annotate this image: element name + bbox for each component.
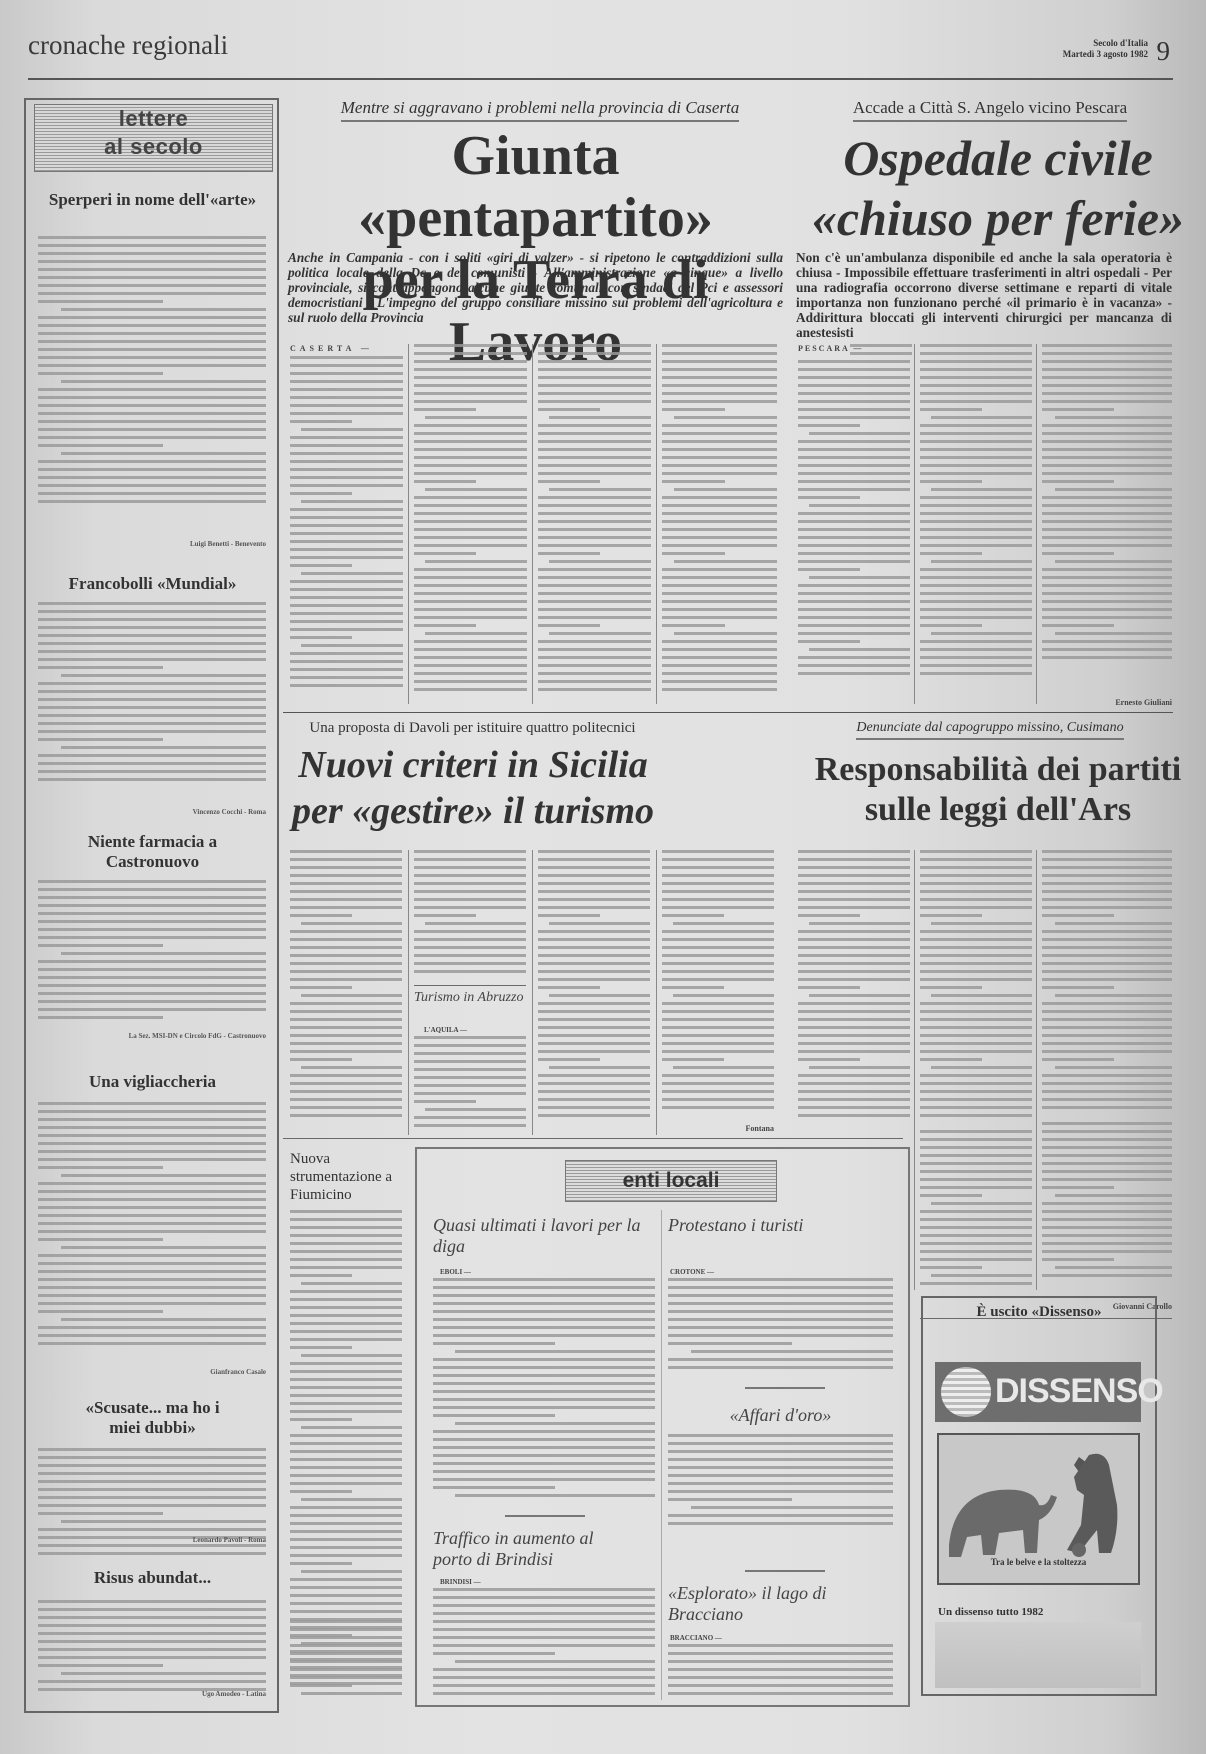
text-line [809, 504, 910, 507]
text-line [662, 858, 774, 861]
text-line [290, 1530, 402, 1533]
text-line [668, 1366, 893, 1369]
text-line [1042, 954, 1172, 957]
text-line [38, 476, 266, 479]
text-line [673, 922, 774, 925]
text-line [538, 640, 651, 643]
text-line [290, 1306, 402, 1309]
text-line [674, 488, 778, 491]
text-line [920, 352, 1032, 355]
text-line [290, 588, 403, 591]
text-line [38, 244, 266, 247]
text-line [414, 512, 527, 515]
letter-signature: Ugo Amodeo - Latina [38, 1690, 266, 1698]
text-line [920, 504, 1032, 507]
enti-item-dateline: CROTONE — [670, 1268, 714, 1276]
text-line [290, 1636, 402, 1639]
text-line [1042, 1106, 1172, 1109]
column-divider [1036, 344, 1037, 704]
text-line [1042, 1162, 1172, 1165]
text-line [662, 1034, 774, 1037]
text-line [809, 994, 910, 997]
text-line [920, 432, 1032, 435]
text-line [798, 376, 910, 379]
text-line [798, 664, 910, 667]
text-line [38, 460, 266, 463]
text-line [290, 1370, 402, 1373]
text-line [662, 360, 777, 363]
sicilia-col-1 [290, 850, 402, 1122]
text-line [538, 1034, 650, 1037]
text-line [414, 608, 527, 611]
text-line [290, 652, 403, 655]
text-line [425, 416, 527, 419]
column-divider [1036, 850, 1037, 1290]
text-line [433, 1342, 555, 1345]
text-line [301, 1354, 402, 1357]
text-line [668, 1482, 893, 1485]
text-line [290, 668, 403, 671]
enti-item-title: «Esplorato» il lago di Bracciano [668, 1583, 868, 1625]
text-line [38, 618, 266, 621]
text-line [920, 1226, 1032, 1229]
text-line [433, 1278, 655, 1281]
text-line [920, 408, 982, 411]
text-line [38, 1102, 266, 1105]
ars-col-3 [1042, 850, 1172, 1114]
text-line [538, 890, 650, 893]
text-line [1042, 504, 1172, 507]
text-line [38, 1456, 266, 1459]
text-line [414, 504, 527, 507]
text-line [538, 1074, 650, 1077]
text-line [662, 962, 774, 965]
text-line [662, 978, 774, 981]
text-line [38, 626, 266, 629]
text-line [290, 1522, 402, 1525]
text-line [290, 364, 403, 367]
text-line [920, 970, 1032, 973]
text-line [920, 882, 1032, 885]
text-line [414, 664, 527, 667]
text-line [433, 1486, 555, 1489]
text-line [38, 468, 266, 471]
text-line [798, 970, 910, 973]
text-line [290, 604, 403, 607]
text-line [1042, 360, 1172, 363]
text-line [920, 392, 1032, 395]
text-line [798, 1082, 910, 1085]
text-line [414, 384, 527, 387]
text-line [1042, 536, 1172, 539]
text-line [414, 616, 527, 619]
text-line [1055, 1194, 1172, 1197]
text-line [414, 874, 526, 877]
text-line [662, 440, 777, 443]
text-line [38, 412, 266, 415]
text-line [668, 1514, 893, 1517]
text-line [1042, 1210, 1172, 1213]
text-line [920, 1130, 1032, 1133]
text-line [662, 906, 774, 909]
text-line [798, 962, 910, 965]
text-line [414, 392, 527, 395]
text-line [920, 1034, 1032, 1037]
text-line [38, 1464, 266, 1467]
text-line [1042, 384, 1172, 387]
text-line [538, 512, 651, 515]
text-line [1042, 1130, 1172, 1133]
section-rule [283, 712, 1173, 713]
text-line [290, 1026, 402, 1029]
text-line [290, 1378, 402, 1381]
text-line [290, 684, 403, 687]
text-line [290, 412, 403, 415]
text-line [433, 1478, 655, 1481]
text-line [290, 1450, 402, 1453]
text-line [38, 252, 266, 255]
text-line [1042, 376, 1172, 379]
text-line [798, 1090, 910, 1093]
text-line [414, 648, 527, 651]
text-line [290, 1226, 402, 1229]
sicilia-headline: Nuovi criteri in Sicilia per «gestire» i… [283, 742, 663, 834]
text-line [920, 866, 1032, 869]
text-line [549, 994, 650, 997]
text-line [662, 368, 777, 371]
text-line [662, 472, 777, 475]
text-line [798, 1050, 910, 1053]
text-line [538, 946, 650, 949]
text-line [414, 464, 527, 467]
text-line [798, 568, 860, 571]
text-line [920, 1234, 1032, 1237]
text-line [38, 1334, 266, 1337]
text-line [809, 922, 910, 925]
text-line [920, 1114, 1032, 1117]
text-line [1042, 906, 1172, 909]
text-line [414, 624, 476, 627]
text-line [662, 512, 777, 515]
text-line [1042, 552, 1114, 555]
text-line [538, 954, 650, 957]
text-line [538, 592, 651, 595]
text-line [662, 600, 777, 603]
text-line [931, 560, 1032, 563]
sicilia-col-4 [662, 850, 774, 1114]
text-line [549, 1066, 650, 1069]
text-line [674, 416, 778, 419]
enti-item-dateline: EBOLI — [440, 1268, 471, 1276]
text-line [662, 1018, 774, 1021]
text-line [38, 1656, 266, 1659]
text-line [538, 1026, 650, 1029]
sicilia-headline-line2: per «gestire» il turismo [283, 788, 663, 834]
caserta-col-4 [662, 344, 777, 696]
text-line [668, 1434, 893, 1437]
text-line [931, 632, 1032, 635]
text-line [290, 1338, 402, 1341]
text-line [1042, 464, 1172, 467]
letters-banner-line1: lettere [35, 105, 272, 133]
text-line [538, 464, 651, 467]
text-line [414, 440, 527, 443]
text-line [538, 584, 651, 587]
text-line [798, 866, 910, 869]
text-line [662, 392, 777, 395]
text-line [290, 874, 402, 877]
text-line [38, 778, 266, 781]
section-name: cronache regionali [28, 30, 228, 61]
text-line [920, 858, 1032, 861]
text-line [290, 612, 403, 615]
text-line [38, 260, 266, 263]
text-line [290, 1098, 402, 1101]
text-line [538, 1114, 650, 1117]
text-line [662, 520, 777, 523]
text-line [1042, 970, 1172, 973]
text-line [301, 428, 403, 431]
text-line [290, 954, 402, 957]
text-line [798, 456, 910, 459]
text-line [433, 1326, 655, 1329]
text-line [290, 1474, 402, 1477]
text-line [798, 544, 910, 547]
text-line [668, 1326, 893, 1329]
text-line [38, 436, 266, 439]
text-line [290, 1034, 402, 1037]
text-line [38, 268, 266, 271]
text-line [290, 1090, 402, 1093]
text-line [809, 1066, 910, 1069]
pescara-headline-line2: «chiuso per ferie» [790, 188, 1206, 248]
text-line [433, 1652, 555, 1655]
text-line [920, 874, 1032, 877]
text-line [798, 560, 910, 563]
text-line [662, 496, 777, 499]
text-line [290, 1058, 352, 1061]
caserta-col-3 [538, 344, 651, 696]
text-line [38, 1214, 266, 1217]
text-line [425, 632, 527, 635]
text-line [920, 938, 1032, 941]
text-line [798, 480, 910, 483]
text-line [1042, 624, 1114, 627]
text-line [920, 480, 982, 483]
caserta-headline-line1: Giunta «pentapartito» [283, 125, 788, 249]
pescara-col-1a [850, 344, 912, 360]
text-line [38, 1118, 266, 1121]
text-line [920, 640, 1032, 643]
text-line [662, 624, 725, 627]
text-line [290, 476, 403, 479]
text-line [538, 866, 650, 869]
text-line [455, 1350, 655, 1353]
text-line [798, 874, 910, 877]
text-line [290, 596, 403, 599]
text-line [414, 584, 527, 587]
text-line [38, 738, 163, 741]
text-line [798, 1010, 910, 1013]
text-line [414, 400, 527, 403]
text-line [662, 424, 777, 427]
text-line [1042, 1138, 1172, 1141]
text-line [414, 1068, 526, 1071]
text-line [668, 1490, 893, 1493]
text-line [290, 420, 352, 423]
enti-item-title: Quasi ultimati i lavori per la diga [433, 1215, 663, 1257]
text-line [38, 1342, 266, 1345]
text-line [61, 1672, 266, 1675]
text-line [668, 1450, 893, 1453]
text-line [433, 1310, 655, 1313]
text-line [38, 1616, 266, 1619]
text-line [920, 424, 1032, 427]
text-line [538, 480, 600, 483]
text-line [549, 560, 651, 563]
text-line [662, 640, 777, 643]
text-line [920, 1210, 1032, 1213]
text-line [38, 610, 266, 613]
text-line [920, 608, 1032, 611]
text-line [38, 316, 266, 319]
enti-item-title: «Affari d'oro» [668, 1405, 893, 1426]
text-line [290, 404, 403, 407]
text-line [290, 396, 403, 399]
text-line [1042, 1146, 1172, 1149]
text-line [433, 1438, 655, 1441]
text-line [538, 938, 650, 941]
sicilia-kicker: Una proposta di Davoli per istituire qua… [285, 720, 660, 737]
text-line [38, 690, 266, 693]
text-line [920, 978, 1032, 981]
text-line [290, 372, 403, 375]
text-line [662, 616, 777, 619]
text-line [920, 672, 1032, 675]
enti-locali-banner: enti locali [565, 1160, 777, 1202]
text-line [414, 528, 527, 531]
text-line [290, 1018, 402, 1021]
text-line [1042, 946, 1172, 949]
text-line [433, 1628, 655, 1631]
text-line [662, 584, 777, 587]
text-line [538, 648, 651, 651]
text-line [414, 432, 527, 435]
text-line [662, 480, 725, 483]
text-line [668, 1652, 893, 1655]
text-line [798, 850, 910, 853]
text-line [798, 584, 910, 587]
text-line [662, 930, 774, 933]
text-line [538, 520, 651, 523]
text-line [290, 1410, 402, 1413]
text-line [549, 488, 651, 491]
text-line [798, 1098, 910, 1101]
text-line [1042, 392, 1172, 395]
text-line [38, 388, 266, 391]
text-line [1042, 1274, 1172, 1277]
text-line [290, 516, 403, 519]
text-line [1042, 1010, 1172, 1013]
text-line [538, 552, 600, 555]
text-line [290, 1644, 402, 1647]
text-line [668, 1660, 893, 1663]
text-line [301, 922, 402, 925]
caserta-kicker: Mentre si aggravano i problemi nella pro… [300, 98, 780, 118]
section-rule [283, 1138, 903, 1139]
text-line [1042, 858, 1172, 861]
text-line [38, 1552, 266, 1555]
text-line [414, 656, 527, 659]
letter-signature: Gianfranco Casale [38, 1368, 266, 1376]
text-line [798, 600, 910, 603]
text-line [38, 1166, 163, 1169]
text-line [1042, 592, 1172, 595]
text-line [61, 308, 266, 311]
text-line [414, 496, 527, 499]
text-line [290, 452, 403, 455]
text-line [798, 448, 910, 451]
text-line [433, 1398, 655, 1401]
text-line [668, 1458, 893, 1461]
issue-date: Martedì 3 agosto 1982 [1063, 49, 1148, 60]
text-line [538, 962, 650, 965]
text-line [538, 568, 651, 571]
letter-title: Francobolli «Mundial» [34, 574, 271, 594]
text-line [538, 882, 650, 885]
text-line [674, 560, 778, 563]
text-line [290, 1258, 402, 1261]
text-line [798, 1018, 910, 1021]
text-line [920, 376, 1032, 379]
text-line [290, 1434, 402, 1437]
text-line [290, 1106, 402, 1109]
text-line [673, 994, 774, 997]
text-line [38, 1190, 266, 1193]
text-line [1042, 1034, 1172, 1037]
text-line [290, 1442, 402, 1445]
text-line [798, 954, 910, 957]
text-line [798, 384, 910, 387]
text-line [433, 1604, 655, 1607]
text-line [290, 636, 352, 639]
text-line [1042, 656, 1172, 659]
text-line [414, 424, 527, 427]
text-line [809, 576, 910, 579]
text-line [549, 416, 651, 419]
newspaper-page: cronache regionali Secolo d'Italia Marte… [0, 0, 1206, 1754]
text-line [414, 914, 476, 917]
text-line [538, 874, 650, 877]
text-line [290, 930, 402, 933]
text-line [798, 608, 910, 611]
text-line [668, 1474, 893, 1477]
text-line [414, 906, 526, 909]
text-line [662, 504, 777, 507]
text-line [414, 898, 526, 901]
text-line [290, 1386, 402, 1389]
enti-item-body [668, 1434, 893, 1530]
abruzzo-subhead: Turismo in Abruzzo [414, 990, 526, 1006]
text-line [38, 1504, 266, 1507]
text-line [38, 364, 266, 367]
text-line [920, 1018, 1032, 1021]
text-line [433, 1374, 655, 1377]
text-line [301, 1498, 402, 1501]
text-line [668, 1668, 893, 1671]
text-line [920, 464, 1032, 467]
text-line [38, 682, 266, 685]
